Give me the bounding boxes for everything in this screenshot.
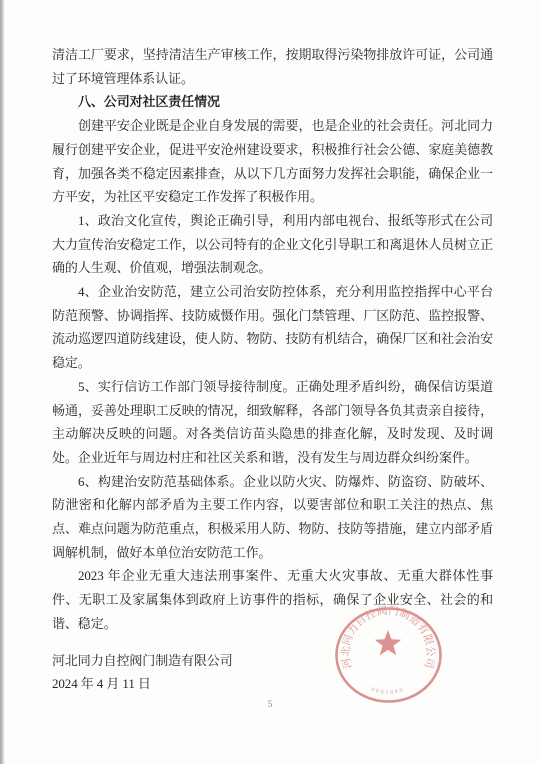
page-number: 5 xyxy=(0,700,540,710)
signature-company: 河北同力自控阀门制造有限公司 xyxy=(52,649,233,673)
scanned-document-page: 清洁工厂要求，坚持清洁生产审核工作，按期取得污染物排放许可证，公司通过了环境管理… xyxy=(0,0,540,764)
paragraph: 创建平安企业既是企业自身发展的需要，也是企业的社会责任。河北同力履行创建平安企业… xyxy=(52,114,493,209)
paragraph: 5、实行信访工作部门领导接待制度。正确处理矛盾纠纷，确保信访渠道畅通，妥善处理职… xyxy=(52,375,493,470)
document-body: 清洁工厂要求，坚持清洁生产审核工作，按期取得污染物排放许可证，公司通过了环境管理… xyxy=(52,0,493,696)
paragraph: 6、构建治安防范基础体系。企业以防火灾、防爆炸、防盗窃、防破坏、防泄密和化解内部… xyxy=(52,470,493,565)
svg-text:0091006: 0091006 xyxy=(370,687,405,696)
paragraph: 1、政治文化宣传，舆论正确引导，利用内部电视台、报纸等形式在公司大力宣传治安稳定… xyxy=(52,209,493,280)
section-heading: 八、公司对社区责任情况 xyxy=(52,90,493,114)
paragraph: 4、企业治安防范，建立公司治安防控体系，充分利用监控指挥中心平台防范预警、协调指… xyxy=(52,280,493,375)
company-seal-stamp: 河北同力自控阀门制造有限公司 0091006 xyxy=(330,601,450,711)
seal-star-icon xyxy=(375,630,402,655)
seal-serial: 0091006 xyxy=(370,687,405,696)
scan-edge-shadow xyxy=(0,0,5,764)
signature-inner: 河北同力自控阀门制造有限公司 2024 年 4 月 11 日 xyxy=(52,649,233,696)
signature-date: 2024 年 4 月 11 日 xyxy=(52,672,233,696)
paragraph: 清洁工厂要求，坚持清洁生产审核工作，按期取得污染物排放许可证，公司通过了环境管理… xyxy=(52,43,493,90)
